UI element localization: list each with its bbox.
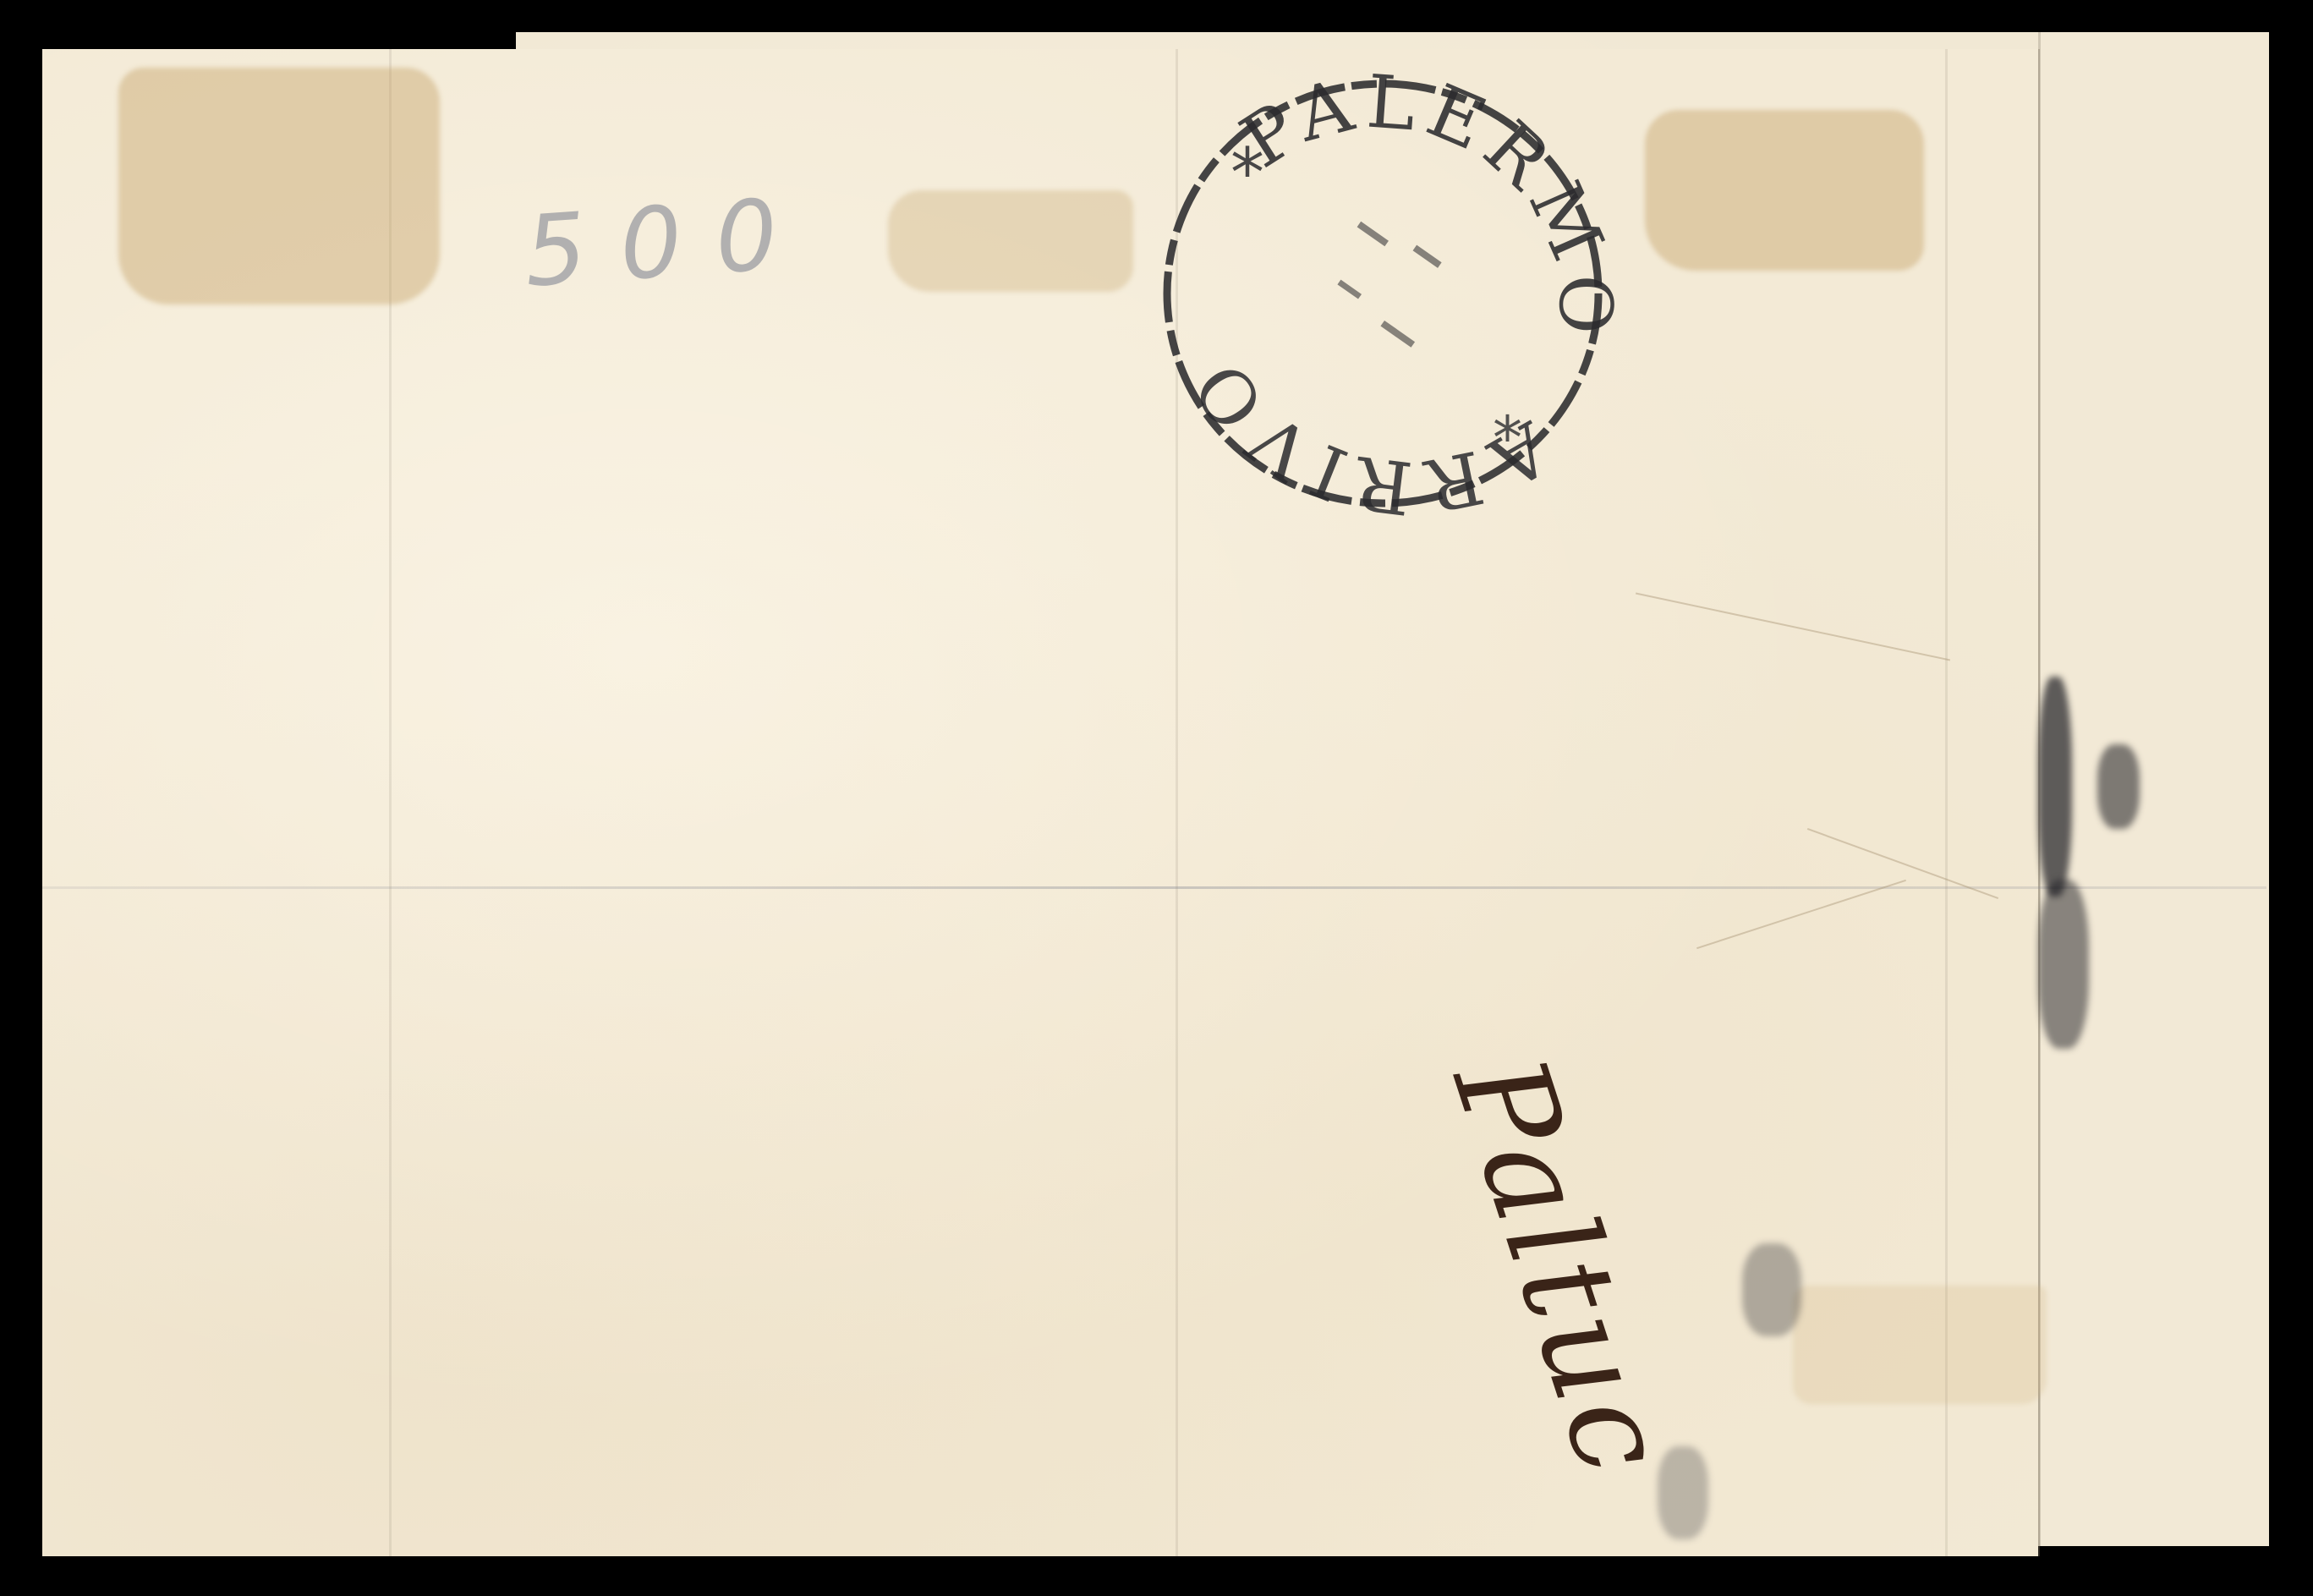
svg-text:*: *	[1493, 403, 1522, 473]
adhesive-stain	[1793, 1286, 2047, 1404]
adhesive-stain	[1645, 110, 1924, 271]
svg-text:*: *	[1230, 134, 1264, 212]
svg-text:PALERMO: PALERMO	[1209, 52, 1636, 403]
cancellation-ink-offset	[2038, 677, 2072, 897]
cancellation-ink-offset	[2038, 880, 2089, 1049]
adhesive-stain	[118, 68, 440, 304]
adhesive-stain	[888, 190, 1133, 292]
palermo-arrivo-postmark: PALERMO ARRIVO * *	[1129, 52, 1636, 526]
pencil-annotation: 500	[521, 176, 815, 309]
letter-right-flap	[2038, 32, 2269, 1546]
cancellation-ink-offset	[2097, 744, 2140, 829]
horizontal-fold-line	[42, 886, 2266, 889]
cancellation-ink-offset	[1742, 1243, 1801, 1336]
svg-text:ARRIVO: ARRIVO	[1158, 235, 1585, 526]
